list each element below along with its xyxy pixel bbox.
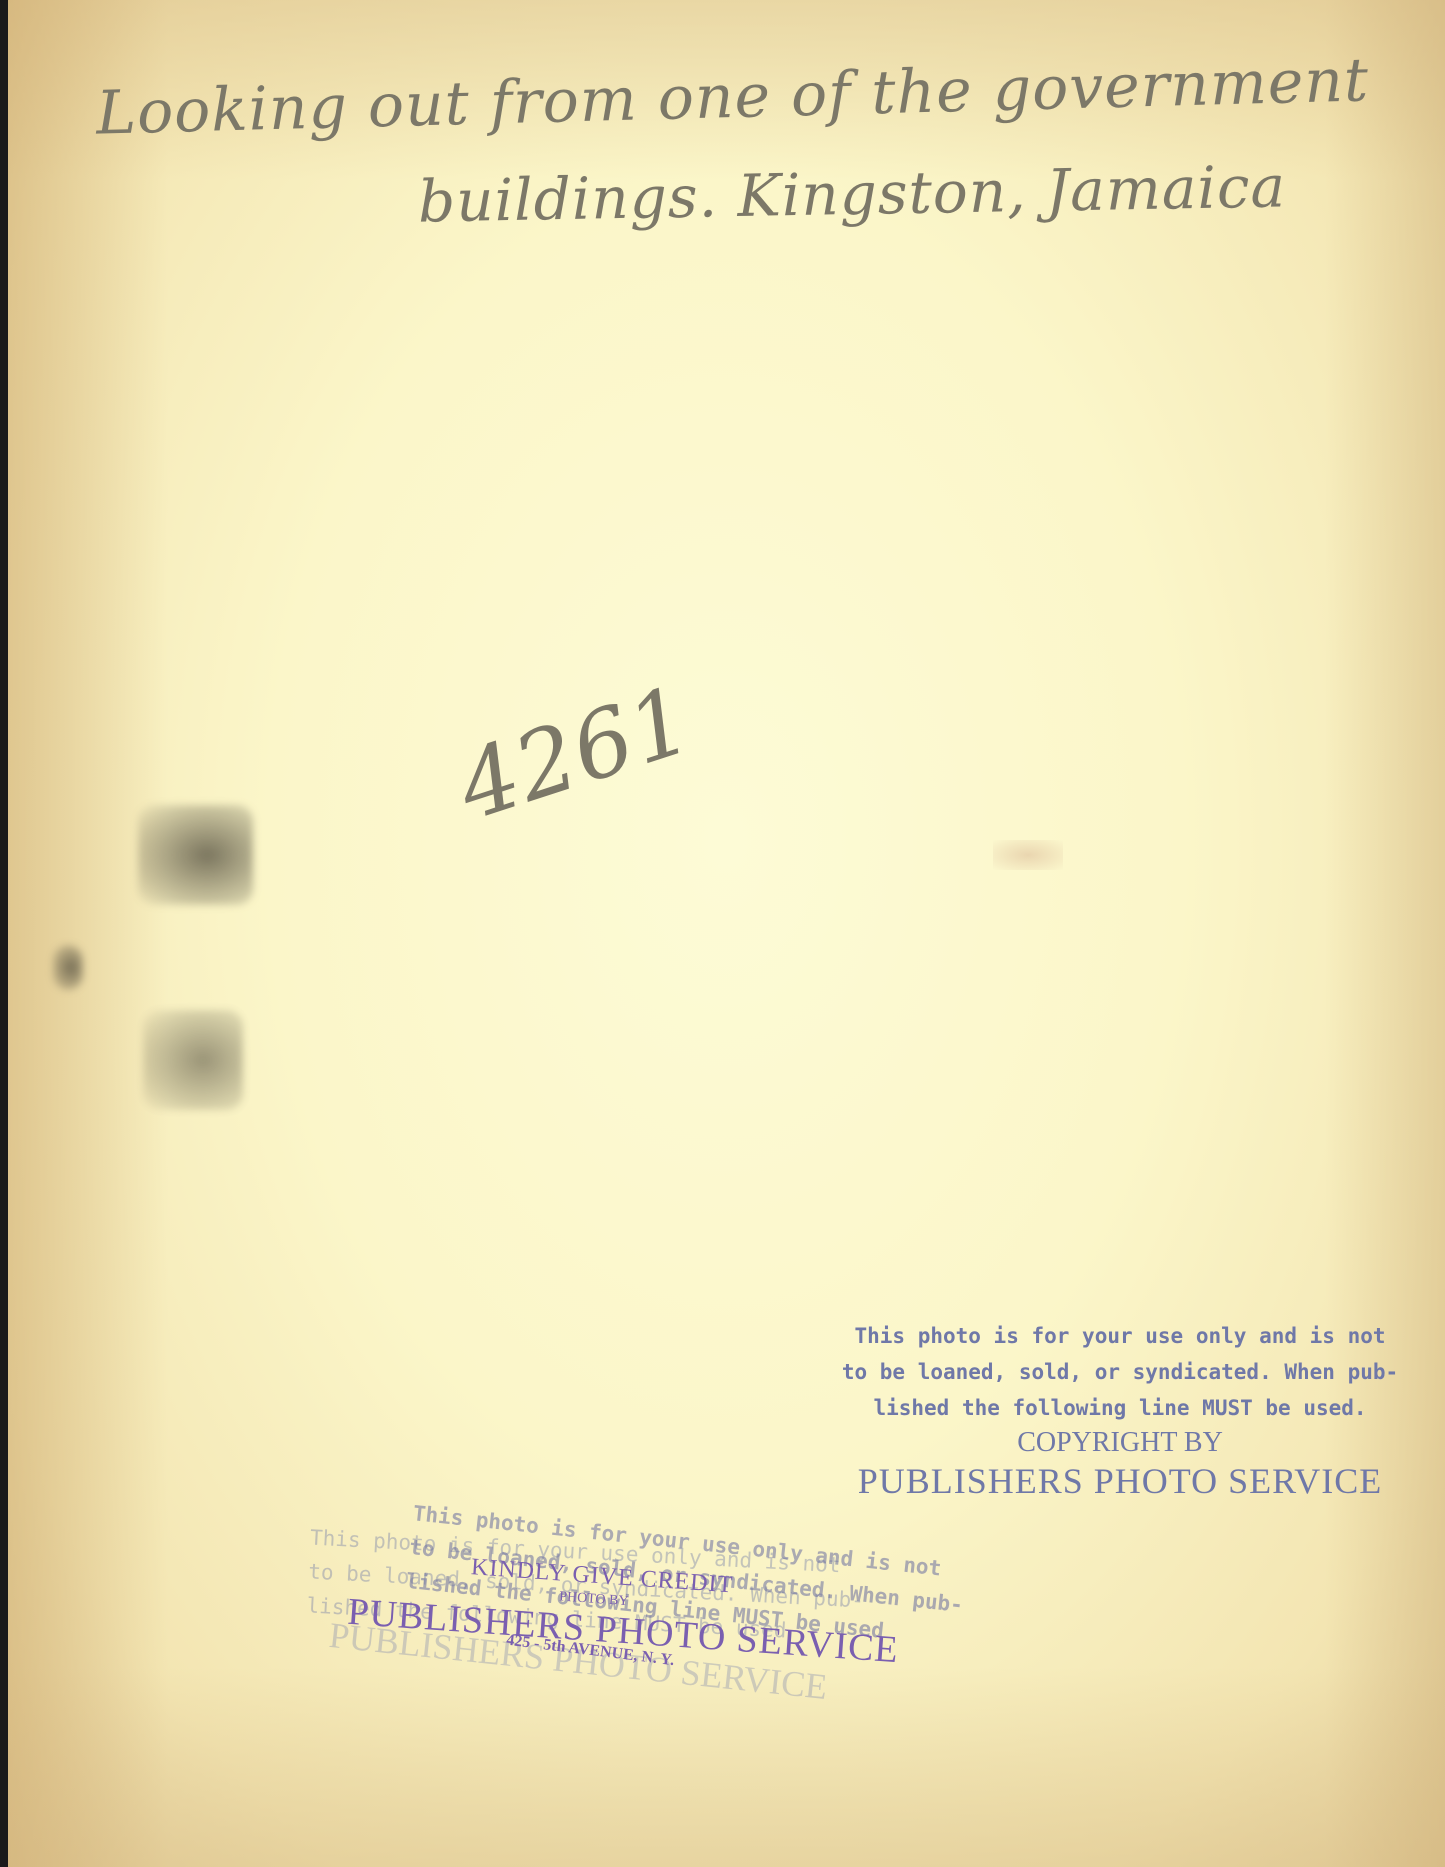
paper-stain [993, 840, 1063, 870]
aged-edge-right [1325, 0, 1445, 1867]
photo-back-paper: Looking out from one of the government b… [8, 0, 1445, 1867]
catalog-number: 4261 [445, 666, 705, 841]
copyright-by: COPYRIGHT BY [820, 1426, 1420, 1460]
copyright-stamp: This photo is for your use only and is n… [820, 1318, 1420, 1502]
adhesive-smudge-top [138, 805, 253, 905]
aged-edge-left [8, 0, 168, 1867]
notice-line-2: to be loaned, sold, or syndicated. When … [820, 1354, 1420, 1390]
adhesive-smudge-bottom [143, 1010, 243, 1110]
notice-line-1: This photo is for your use only and is n… [820, 1318, 1420, 1354]
publisher-name: PUBLISHERS PHOTO SERVICE [820, 1460, 1420, 1502]
caption-line-2: buildings. Kingston, Jamaica [417, 152, 1286, 235]
adhesive-smudge-small [53, 945, 83, 990]
notice-line-3: lished the following line MUST be used. [820, 1390, 1420, 1426]
